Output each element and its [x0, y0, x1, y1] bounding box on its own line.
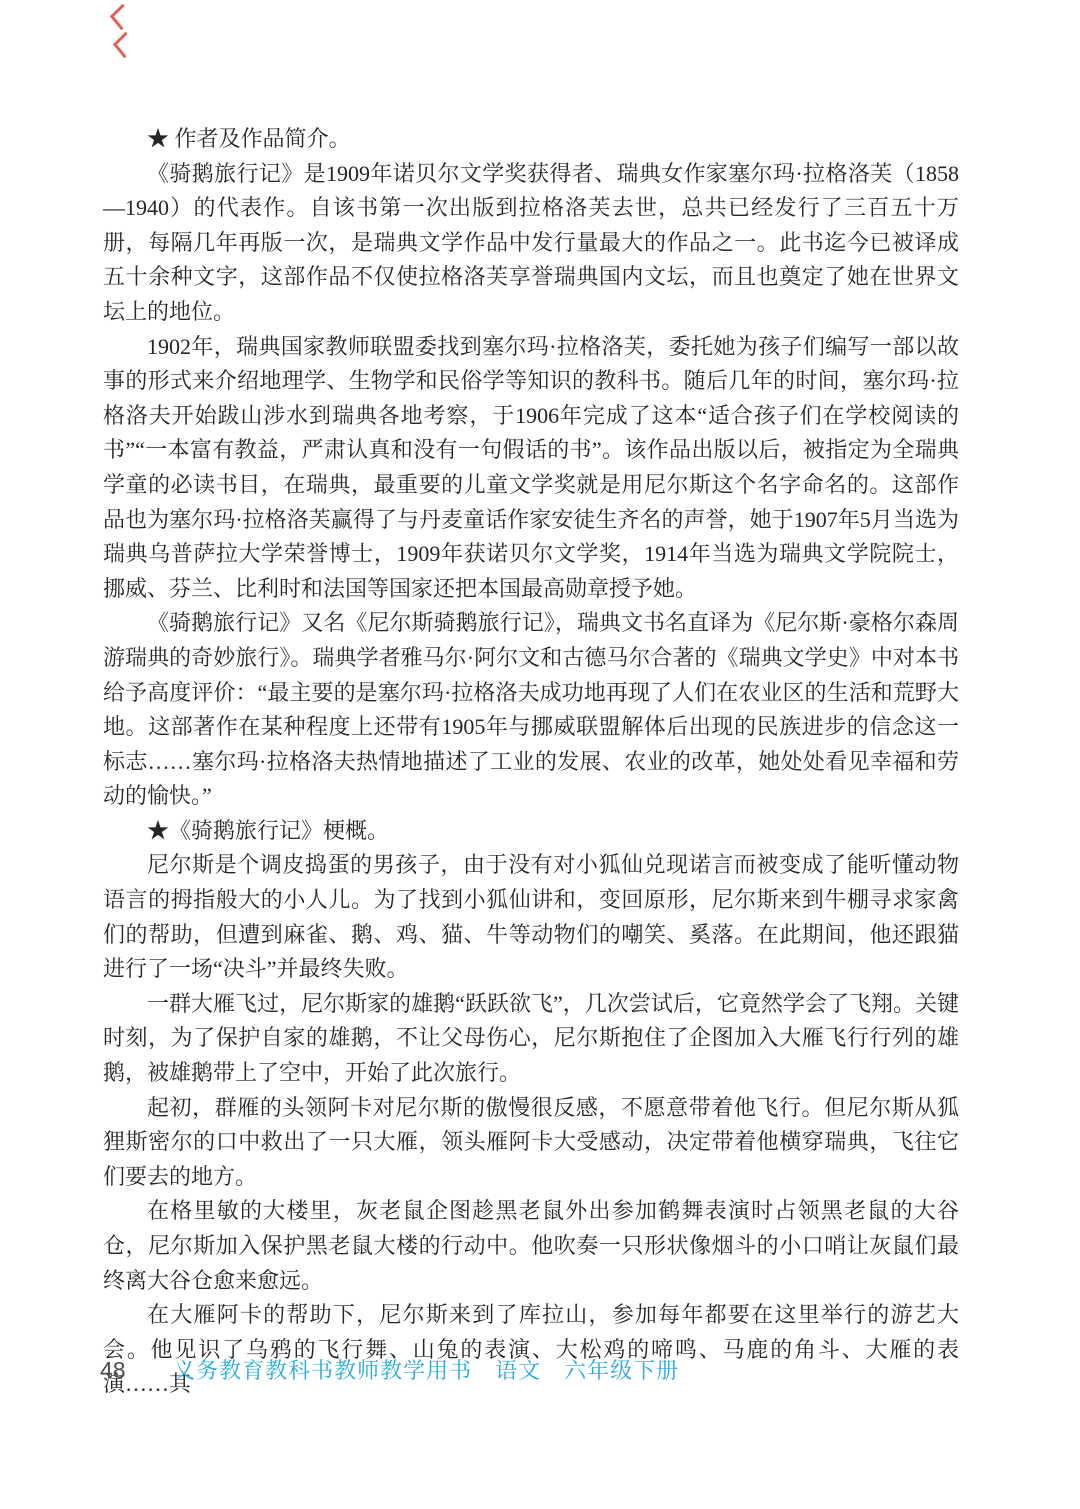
footer-book-title: 义务教育教科书教师教学用书 语文 六年级下册 [173, 1358, 679, 1383]
red-tick-mark-icon [110, 4, 134, 31]
heading-book-synopsis: ★《骑鹅旅行记》梗概。 [103, 814, 959, 849]
paragraph-nils-transformation: 尼尔斯是个调皮捣蛋的男孩子，由于没有对小狐仙兑现诺言而被变成了能听懂动物语言的拇… [103, 848, 959, 986]
paragraph-alternate-titles-evaluation: 《骑鹅旅行记》又名《尼尔斯骑鹅旅行记》，瑞典文书名直译为《尼尔斯·豪格尔森周游瑞… [103, 606, 959, 814]
paragraph-book-overview: 《骑鹅旅行记》是1909年诺贝尔文学奖获得者、瑞典女作家塞尔玛·拉格洛芙（185… [103, 157, 959, 330]
page-content: ★ 作者及作品简介。 《骑鹅旅行记》是1909年诺贝尔文学奖获得者、瑞典女作家塞… [103, 122, 959, 1402]
paragraph-akka-acceptance: 起初，群雁的头领阿卡对尼尔斯的傲慢很反感，不愿意带着他飞行。但尼尔斯从狐狸斯密尔… [103, 1091, 959, 1195]
paragraph-kullaberg-festival: 在大雁阿卡的帮助下，尼尔斯来到了库拉山，参加每年都要在这里举行的游艺大会。他见识… [103, 1298, 959, 1402]
book-page: ★ 作者及作品简介。 《骑鹅旅行记》是1909年诺贝尔文学奖获得者、瑞典女作家塞… [0, 0, 1080, 1509]
page-footer: 48 义务教育教科书教师教学用书 语文 六年级下册 [100, 1356, 980, 1385]
paragraph-commission-history: 1902年，瑞典国家教师联盟委找到塞尔玛·拉格洛芙，委托她为孩子们编写一部以故事… [103, 330, 959, 607]
paragraph-glimminge-rats: 在格里敏的大楼里，灰老鼠企图趁黑老鼠外出参加鹤舞表演时占领黑老鼠的大谷仓，尼尔斯… [103, 1194, 959, 1298]
red-tick-mark-icon [113, 32, 137, 59]
page-number: 48 [100, 1357, 126, 1383]
heading-author-and-works-intro: ★ 作者及作品简介。 [103, 122, 959, 157]
paragraph-goose-flight-start: 一群大雁飞过，尼尔斯家的雄鹅“跃跃欲飞”，几次尝试后，它竟然学会了飞翔。关键时刻… [103, 987, 959, 1091]
